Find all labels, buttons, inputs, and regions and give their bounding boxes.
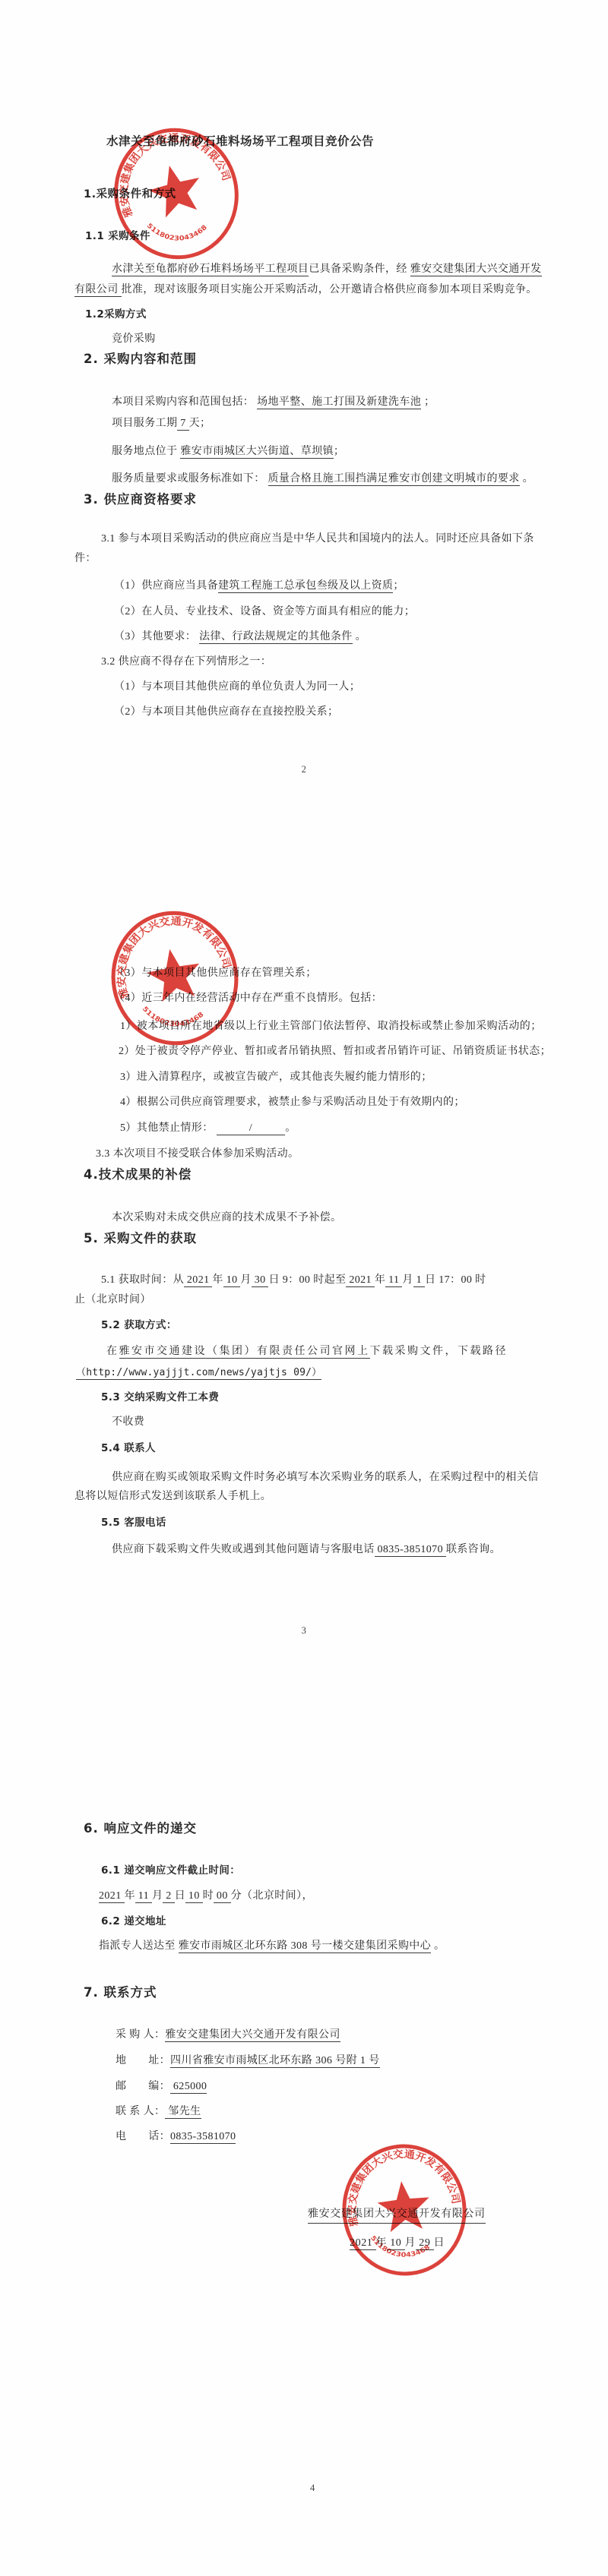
section-3-2-heading: 3.2 供应商不得存在下列情形之一：: [101, 655, 271, 670]
para-5-2-download-url: （http://www.yajjjt.com/news/yajtjs 09/）: [76, 1365, 321, 1381]
filled-blank-value: 邹先生: [165, 2106, 201, 2119]
text-segment: 年: [375, 1274, 385, 1286]
para-1-1-line1: 水津关至龟都府砂石堆料场场平工程项目已具备采购条件，经 雅安交建集团大兴交通开发: [112, 262, 542, 277]
seal-serial-number: 5118023043468: [368, 2229, 432, 2263]
filled-blank-value: 00: [214, 1890, 231, 1903]
text-segment: ；: [334, 446, 344, 457]
contact-phone: 电 话：0835-3581070: [116, 2129, 236, 2145]
filled-blank-value: 2021: [99, 1890, 125, 1903]
seal-serial-number: 5118023043468: [140, 996, 207, 1034]
para-3-req3: （3）其他要求： 法律、行政法规规定的其他条件 。: [114, 630, 366, 645]
text-segment: ；: [421, 396, 435, 408]
contact-person: 联 系 人： 邹先生: [116, 2104, 201, 2120]
para-2-quality: 服务质量要求或服务标准如下： 质量合格且施工围挡满足雅安市创建文明城市的要求 。: [112, 472, 534, 487]
text-segment: 服务质量要求或服务标准如下：: [112, 473, 268, 485]
para-2-duration: 项目服务工期 7 天；: [112, 416, 211, 431]
para-3-ban2: （2）与本项目其他供应商存在直接控股关系；: [114, 705, 338, 720]
para-3-req2: （2）在人员、专业技术、设备、资金等方面具有相应的能力；: [114, 605, 415, 620]
text-segment: 服务地点位于: [112, 446, 180, 457]
text-segment: 。: [520, 473, 534, 485]
section-5-2-heading: 5.2 获取方式：: [101, 1318, 177, 1333]
para-5-5-body: 供应商下载采购文件失败或遇到其他问题请与客服电话 0835-3851070 联系…: [112, 1542, 501, 1558]
text-segment: 指派专人送达至: [99, 1940, 179, 1952]
contact-address: 地 址：四川省雅安市雨城区北环东路 306 号附 1 号: [116, 2054, 380, 2069]
para-3-1-line2: 件：: [74, 551, 97, 567]
text-segment: 地 址：: [116, 2055, 170, 2066]
para-1-2-body: 竞价采购: [112, 332, 156, 347]
contact-postcode: 邮 编： 625000: [116, 2079, 207, 2095]
para-5-4-line1: 供应商在购买或领取采购文件时务必填写本次采购业务的联系人，在采购过程中的相关信: [112, 1470, 539, 1485]
filled-blank-value: 场地平整、施工打围及新建洗车池: [257, 396, 421, 409]
text-segment: ；: [393, 580, 404, 592]
section-2-heading: 2. 采购内容和范围: [84, 352, 197, 367]
text-segment: 批准，现对该服务项目实施公开采购活动，公开邀请合格供应商参加本项目采购竞争。: [122, 284, 537, 295]
filled-blank-value: 10: [185, 1890, 203, 1903]
filled-blank-value: （http://www.yajjjt.com/news/yajtjs 09/）: [76, 1367, 321, 1380]
page-number-2: 2: [0, 762, 608, 777]
filled-blank-value: 有限公司: [74, 284, 122, 297]
section-6-heading: 6. 响应文件的递交: [84, 1821, 197, 1836]
filled-blank-value: 雅安市雨城区大兴街道、草坝镇: [180, 446, 334, 459]
text-segment: 联 系 人：: [116, 2106, 165, 2117]
section-7-heading: 7. 联系方式: [84, 1985, 157, 2000]
text-segment: 已具备采购条件，经: [309, 264, 410, 275]
text-segment: 月: [402, 1274, 413, 1286]
text-segment: 联系咨询。: [446, 1544, 501, 1555]
section-6-2-heading: 6.2 递交地址: [101, 1914, 166, 1929]
text-segment: 分（北京时间），: [231, 1890, 313, 1902]
text-segment: 采 购 人：: [116, 2029, 165, 2041]
text-segment: 5.1 获取时间：从: [101, 1274, 184, 1286]
seal-star-icon: [144, 945, 204, 1004]
para-4-body: 本次采购对未成交供应商的技术成果不予补偿。: [112, 1211, 341, 1226]
text-segment: 年: [125, 1890, 135, 1902]
filled-blank-value: 2: [163, 1890, 174, 1903]
section-4-heading: 4.技术成果的补偿: [84, 1167, 192, 1182]
text-segment: 邮 编：: [116, 2081, 170, 2092]
scanned-document-page: 水津关至龟都府砂石堆料场场平工程项目竞价公告 1.采购条件和方式 1.1 采购条…: [0, 0, 608, 2576]
text-segment: （1）供应商应当具备: [114, 580, 218, 592]
filled-blank-value: 1: [413, 1274, 425, 1287]
text-segment: （3）其他要求：: [114, 631, 199, 642]
text-segment: 时: [203, 1890, 214, 1902]
contact-buyer: 采 购 人：雅安交建集团大兴交通开发有限公司: [116, 2028, 340, 2043]
section-5-3-heading: 5.3 交纳采购文件工本费: [101, 1390, 219, 1405]
filled-blank-value: 11: [135, 1890, 152, 1903]
filled-blank-value: 2021: [346, 1274, 374, 1287]
section-5-heading: 5. 采购文件的获取: [84, 1231, 197, 1246]
filled-blank-value: 雅安市交通建设（集团）有限责任公司官网上: [119, 1346, 370, 1359]
para-3-3: 3.3 本次项目不接受联合体参加采购活动。: [96, 1147, 299, 1162]
text-segment: 日 9：00 时起至: [268, 1274, 346, 1286]
para-3-ban1: （1）与本项目其他供应商的单位负责人为同一人；: [114, 680, 360, 695]
seal-star-icon: [375, 2179, 432, 2233]
text-segment: 。: [285, 1122, 296, 1134]
section-5-5-heading: 5.5 客服电话: [101, 1515, 166, 1530]
para-3-bad4: 4）根据公司供应商管理要求，被禁止参与采购活动且处于有效期内的；: [120, 1095, 465, 1110]
para-5-3-body: 不收费: [112, 1415, 144, 1430]
text-segment: 在: [106, 1346, 119, 1357]
text-segment: 。: [431, 1940, 445, 1952]
filled-blank-value: /: [217, 1122, 286, 1135]
filled-blank-value: 7: [177, 418, 188, 431]
text-segment: 月: [240, 1274, 251, 1286]
filled-blank-value: 0835-3581070: [170, 2131, 236, 2144]
filled-blank-value: 四川省雅安市雨城区北环东路 306 号附 1 号: [170, 2055, 380, 2068]
company-seal-stamp-3: 雅安交建集团大兴交通开发有限公司 5118023043468: [331, 2135, 478, 2284]
para-3-req1: （1）供应商应当具备建筑工程施工总承包叁级及以上资质；: [114, 579, 404, 594]
filled-blank-value: 雅安交建集团大兴交通开发有限公司: [165, 2029, 340, 2042]
page-number-3: 3: [0, 1623, 608, 1638]
text-segment: 电 话：: [116, 2131, 170, 2142]
para-3-bad3: 3）进入清算程序，或被宣告破产，或其他丧失履约能力情形的；: [120, 1070, 432, 1085]
para-6-1-deadline: 2021 年 11 月 2 日 10 时 00 分（北京时间），: [99, 1889, 313, 1904]
para-6-2-address: 指派专人送达至 雅安市雨城区北环东路 308 号一楼交建集团采购中心 。: [99, 1939, 445, 1954]
filled-blank-value: 法律、行政法规规定的其他条件: [199, 631, 353, 644]
section-3-heading: 3. 供应商资格要求: [84, 492, 197, 507]
filled-blank-value: 质量合格且施工围挡满足雅安市创建文明城市的要求: [268, 473, 520, 486]
company-seal-stamp-2: 雅安交建集团大兴交通开发有限公司 5118023043468: [95, 898, 254, 1059]
seal-star-icon: [144, 159, 207, 220]
para-5-2-line1: 在雅安市交通建设（集团）有限责任公司官网上下载采购文件，下载路径: [106, 1344, 508, 1359]
filled-blank-value: 建筑工程施工总承包叁级及以上资质: [218, 580, 393, 593]
section-5-4-heading: 5.4 联系人: [101, 1441, 156, 1456]
text-segment: 年: [212, 1274, 223, 1286]
section-1-2-heading: 1.2采购方式: [85, 307, 147, 322]
filled-blank-value: 11: [385, 1274, 402, 1287]
text-segment: 本项目采购内容和范围包括：: [112, 396, 257, 408]
filled-blank-value: 30: [252, 1274, 269, 1287]
text-segment: 供应商下载采购文件失败或遇到其他问题请与客服电话: [112, 1544, 375, 1555]
text-segment: 项目服务工期: [112, 418, 177, 429]
text-segment: 。: [353, 631, 366, 642]
text-segment: 日: [175, 1890, 185, 1902]
filled-blank-value: 雅安交建集团大兴交通开发: [410, 264, 542, 276]
text-segment: 日 17：00 时: [425, 1274, 486, 1286]
filled-blank-value: 雅安市雨城区北环东路 308 号一楼交建集团采购中心: [179, 1940, 431, 1953]
para-5-1-line1: 5.1 获取时间：从 2021 年 10 月 30 日 9：00 时起至 202…: [101, 1273, 486, 1288]
para-5-1-line2: 止（北京时间）: [74, 1293, 151, 1308]
filled-blank-value: 625000: [170, 2081, 207, 2094]
section-6-1-heading: 6.1 递交响应文件截止时间：: [101, 1863, 240, 1878]
para-5-4-line2: 息将以短信形式发送到该联系人手机上。: [74, 1489, 271, 1504]
text-segment: 下载采购文件，下载路径: [370, 1346, 508, 1357]
text-segment: 天；: [189, 418, 211, 429]
para-3-bad5: 5）其他禁止情形： / 。: [120, 1121, 296, 1136]
para-2-location: 服务地点位于 雅安市雨城区大兴街道、草坝镇；: [112, 444, 344, 459]
para-1-1-line2: 有限公司 批准，现对该服务项目实施公开采购活动，公开邀请合格供应商参加本项目采购…: [74, 283, 537, 298]
filled-blank-value: 10: [223, 1274, 241, 1287]
text-segment: 月: [152, 1890, 163, 1902]
page-number-4: 4: [310, 2480, 315, 2495]
text-segment: 5）其他禁止情形：: [120, 1122, 217, 1134]
filled-blank-value: 2021: [184, 1274, 212, 1287]
para-2-scope: 本项目采购内容和范围包括： 场地平整、施工打围及新建洗车池 ；: [112, 395, 435, 410]
filled-blank-value: 0835-3851070: [375, 1544, 446, 1557]
para-3-1-line1: 3.1 参与本项目采购活动的供应商应当是中华人民共和国境内的法人。同时还应具备如…: [101, 532, 534, 547]
seal-serial-number: 5118023043468: [144, 209, 211, 251]
